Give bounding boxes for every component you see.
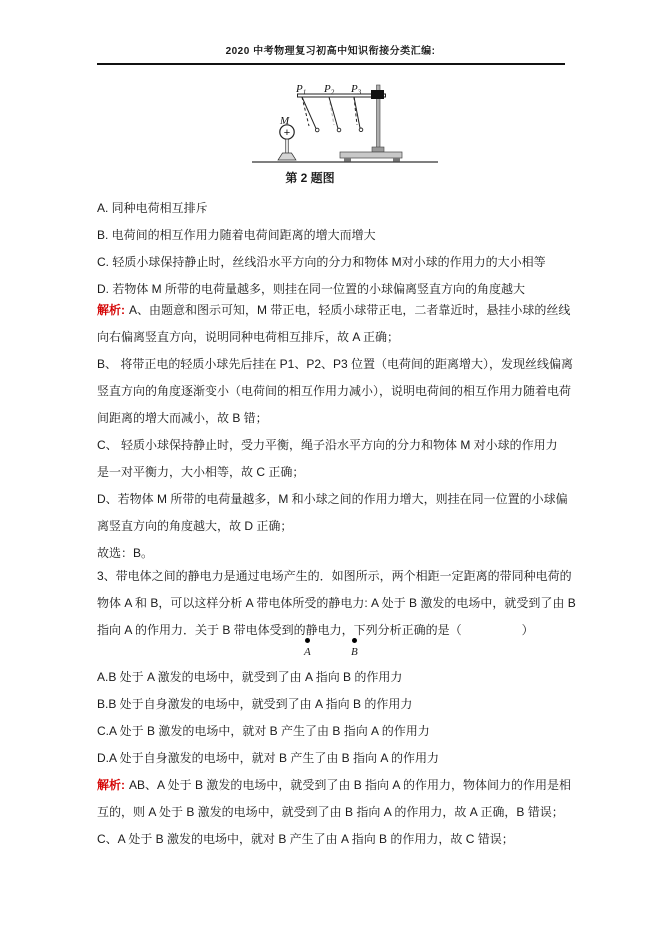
analysis1-line: 离竖直方向的角度越大，故 D 正确； (97, 513, 567, 540)
q2-option-c: C. 轻质小球保持静止时，丝线沿水平方向的分力和物体 M对小球的作用力的大小相等 (97, 249, 567, 276)
q3-statement: 3、带电体之间的静电力是通过电场产生的．如图所示，两个相距一定距离的带同种电荷的… (97, 563, 567, 644)
analysis1-line: 间距离的增大而减小，故 B 错； (97, 405, 567, 432)
label-p3: P3 (350, 83, 362, 97)
q2-figure-caption: 第 2 题图 (260, 169, 360, 186)
q2-analysis: 解析:A、由题意和图示可知，M 带正电，轻质小球带正电，二者靠近时，悬挂小球的丝… (97, 297, 567, 567)
q2-options: A. 同种电荷相互排斥 B. 电荷间的相互作用力随着电荷间距离的增大而增大 C.… (97, 195, 567, 303)
q2-option-b: B. 电荷间的相互作用力随着电荷间距离的增大而增大 (97, 222, 567, 249)
analysis1-text: A、由题意和图示可知，M 带正电，轻质小球带正电，二者靠近时，悬挂小球的丝线 (129, 303, 570, 317)
q3-option-b: B.B 处于自身激发的电场中，就受到了由 A 指向 B 的作用力 (97, 691, 567, 718)
ball-p2 (337, 128, 341, 132)
q2-experiment-figure: P1 P2 P3 M + (250, 78, 445, 168)
header-rule (97, 63, 565, 65)
label-p1: P1 (295, 83, 306, 97)
label-p2: P2 (323, 83, 335, 97)
q3-option-a: A.B 处于 A 激发的电场中，就受到了由 A 指向 B 的作用力 (97, 664, 567, 691)
q3-line: 指向 A 的作用力．关于 B 带电体受到的静电力，下列分析正确的是（ ） (97, 617, 567, 644)
analysis1-line: 是一对平衡力，大小相等，故 C 正确； (97, 459, 567, 486)
page-header-title: 2020 中考物理复习初高中知识衔接分类汇编: (0, 42, 661, 57)
q2-option-a: A. 同种电荷相互排斥 (97, 195, 567, 222)
analysis1-line: 竖直方向的角度逐渐变小（电荷间的相互作用力减小），说明电荷间的相互作用力随着电荷 (97, 378, 567, 405)
q3-option-c: C.A 处于 B 激发的电场中，就对 B 产生了由 B 指向 A 的作用力 (97, 718, 567, 745)
plus-charge-icon: + (284, 127, 290, 139)
thread-p3 (354, 97, 360, 128)
q3-options: A.B 处于 A 激发的电场中，就受到了由 A 指向 B 的作用力 B.B 处于… (97, 664, 567, 772)
ball-p1 (315, 128, 319, 132)
analysis2-text: AB、A 处于 B 激发的电场中，就受到了由 B 指向 A 的作用力，物体间力的… (129, 778, 571, 792)
ball-p3 (359, 128, 363, 132)
analysis-label: 解析: (97, 778, 125, 792)
analysis2-line: C、A 处于 B 激发的电场中，就对 B 产生了由 A 指向 B 的作用力，故 … (97, 826, 567, 853)
q3-line: 3、带电体之间的静电力是通过电场产生的．如图所示，两个相距一定距离的带同种电荷的 (97, 563, 567, 590)
q3-option-d: D.A 处于自身激发的电场中，就对 B 产生了由 B 指向 A 的作用力 (97, 745, 567, 772)
charge-dot-b (352, 638, 357, 643)
analysis2-line: 解析:AB、A 处于 B 激发的电场中，就受到了由 B 指向 A 的作用力，物体… (97, 772, 567, 799)
charge-label-b: B (351, 647, 358, 658)
analysis1-line: C、 轻质小球保持静止时，受力平衡，绳子沿水平方向的分力和物体 M 对小球的作用… (97, 432, 567, 459)
charge-label-a: A (304, 647, 311, 658)
document-page: 2020 中考物理复习初高中知识衔接分类汇编: P1 P2 P3 M + (0, 0, 661, 935)
q3-line: 物体 A 和 B，可以这样分析 A 带电体所受的静电力: A 处于 B 激发的电… (97, 590, 567, 617)
analysis2-line: 互的，则 A 处于 B 激发的电场中，就受到了由 B 指向 A 的作用力，故 A… (97, 799, 567, 826)
analysis1-line: 解析:A、由题意和图示可知，M 带正电，轻质小球带正电，二者靠近时，悬挂小球的丝… (97, 297, 567, 324)
bar-clamp (371, 90, 384, 99)
m-stand-pole (286, 139, 289, 153)
analysis1-line: 向右偏离竖直方向，说明同种电荷相互排斥，故 A 正确； (97, 324, 567, 351)
stand-base-foot-left (344, 158, 351, 162)
analysis1-line: B、 将带正电的轻质小球先后挂在 P1、P2、P3 位置（电荷间的距离增大），发… (97, 351, 567, 378)
stand-pole-collar (372, 147, 384, 152)
analysis1-line: D、若物体 M 所带的电荷量越多，M 和小球之间的作用力增大，则挂在同一位置的小… (97, 486, 567, 513)
analysis-label: 解析: (97, 303, 125, 317)
thread-p1 (302, 97, 316, 129)
stand-base-platform (340, 152, 402, 158)
stand-base-foot-right (393, 158, 400, 162)
q3-analysis: 解析:AB、A 处于 B 激发的电场中，就受到了由 B 指向 A 的作用力，物体… (97, 772, 567, 853)
charge-dot-a (305, 638, 310, 643)
thread-p2 (329, 97, 338, 129)
m-stand-base (278, 153, 296, 160)
